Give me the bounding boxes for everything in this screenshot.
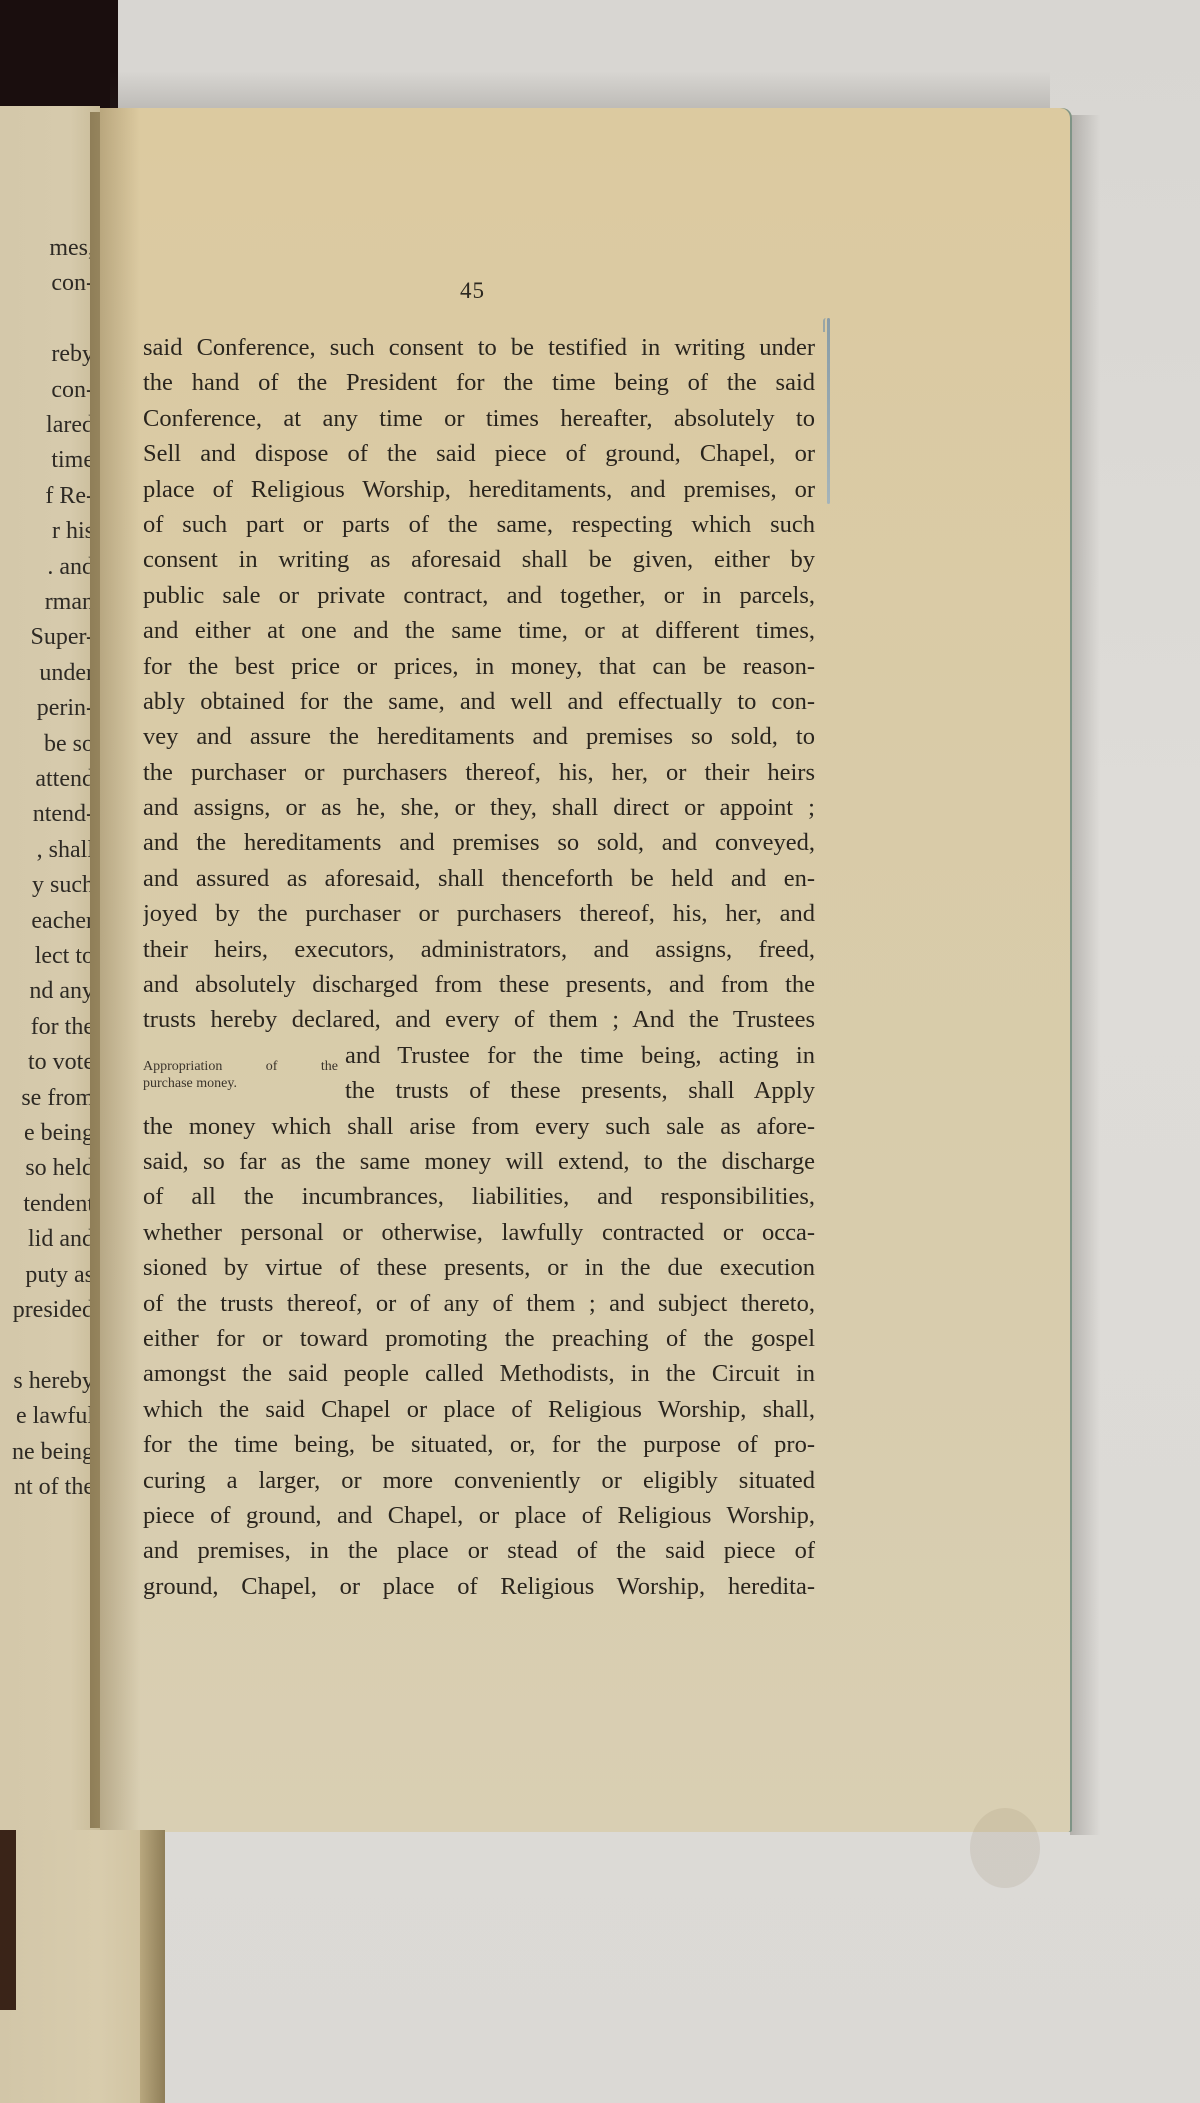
text-line: sioned by virtue of these presents, or i…: [143, 1250, 815, 1285]
text-line: Conference, at any time or times hereaft…: [143, 401, 815, 436]
left-page-text-fragment: se from: [21, 1086, 94, 1110]
left-page-text-fragment: ntend-: [33, 802, 94, 826]
cover-edge: [0, 1830, 16, 2010]
pencil-margin-mark: [827, 318, 830, 504]
text-line: which the said Chapel or place of Religi…: [143, 1392, 815, 1427]
text-line: said Conference, such consent to be test…: [143, 330, 815, 365]
left-page-text-fragment: under: [39, 661, 94, 685]
body-text: said Conference, such consent to be test…: [143, 330, 815, 1604]
paper-stain: [970, 1808, 1040, 1888]
text-line: and absolutely discharged from these pre…: [143, 967, 815, 1002]
left-page-text-fragment: be so: [44, 732, 94, 756]
text-line: the trusts of these presents, shall Appl…: [345, 1073, 815, 1108]
text-line: trusts hereby declared, and every of the…: [143, 1002, 815, 1037]
text-line: the money which shall arise from every s…: [143, 1109, 815, 1144]
page-right-shadow: [1070, 115, 1100, 1835]
text-line: for the time being, be situated, or, for…: [143, 1427, 815, 1462]
left-page-text-fragment: reby: [51, 342, 94, 366]
left-page-text-fragment: time: [51, 448, 94, 472]
left-page-fragment: mes,con-rebycon-laredtimef Re-r his. and…: [0, 106, 100, 1830]
dark-cover-corner: [0, 0, 118, 112]
page-top-shadow: [110, 70, 1050, 110]
left-page-text-fragment: e lawful: [16, 1404, 94, 1428]
text-line: piece of ground, and Chapel, or place of…: [143, 1498, 815, 1533]
left-page-text-fragment: y such: [32, 873, 94, 897]
margin-note: Appropriation of the purchase money.: [143, 1058, 338, 1092]
left-page-text-fragment: con-: [51, 378, 94, 402]
left-page-text-fragment: s hereby: [13, 1369, 94, 1393]
text-line: for the best price or prices, in money, …: [143, 649, 815, 684]
left-page-text-fragment: so held: [25, 1156, 94, 1180]
left-page-text-fragment: attend: [35, 767, 94, 791]
text-line: ably obtained for the same, and well and…: [143, 684, 815, 719]
left-page-text-fragment: perin-: [37, 696, 94, 720]
page-gutter-shade: [100, 108, 140, 1832]
text-line: and the hereditaments and premises so so…: [143, 825, 815, 860]
text-line: and premises, in the place or stead of t…: [143, 1533, 815, 1568]
text-line: place of Religious Worship, hereditament…: [143, 472, 815, 507]
left-page-text-fragment: eacher: [31, 909, 94, 933]
left-page-text-fragment: nd any: [29, 979, 94, 1003]
text-line: and Trustee for the time being, acting i…: [345, 1038, 815, 1073]
left-page-text-fragment: lared: [46, 413, 94, 437]
text-line: of all the incumbrances, liabilities, an…: [143, 1179, 815, 1214]
text-line: and either at one and the same time, or …: [143, 613, 815, 648]
text-line: amongst the said people called Methodist…: [143, 1356, 815, 1391]
bottom-left-binding: [0, 1830, 165, 2103]
left-page-text-fragment: tendent: [23, 1192, 94, 1216]
margin-note-line: purchase money.: [143, 1075, 338, 1092]
left-page-text-fragment: con-: [51, 271, 94, 295]
text-line: vey and assure the hereditaments and pre…: [143, 719, 815, 754]
text-line: the hand of the President for the time b…: [143, 365, 815, 400]
text-line: their heirs, executors, administrators, …: [143, 932, 815, 967]
left-page-text-fragment: , shall: [37, 838, 94, 862]
left-page-text-fragment: presided: [13, 1298, 94, 1322]
page-number: 45: [460, 278, 485, 304]
text-line: either for or toward promoting the preac…: [143, 1321, 815, 1356]
text-line: consent in writing as aforesaid shall be…: [143, 542, 815, 577]
text-line: of such part or parts of the same, respe…: [143, 507, 815, 542]
text-line: said, so far as the same money will exte…: [143, 1144, 815, 1179]
left-page-text-fragment: e being: [24, 1121, 94, 1145]
text-line: ground, Chapel, or place of Religious Wo…: [143, 1569, 815, 1604]
text-line: whether personal or otherwise, lawfully …: [143, 1215, 815, 1250]
left-page-text-fragment: lect to: [35, 944, 94, 968]
left-page-text-fragment: mes,: [49, 236, 94, 260]
text-line: curing a larger, or more conveniently or…: [143, 1463, 815, 1498]
text-line: of the trusts thereof, or of any of them…: [143, 1286, 815, 1321]
left-page-text-fragment: ne being: [12, 1440, 94, 1464]
binding-fold: [140, 1830, 165, 2103]
text-line: and assured as aforesaid, shall thencefo…: [143, 861, 815, 896]
left-page-text-fragment: rman: [45, 590, 94, 614]
left-page-text-fragment: nt of the: [14, 1475, 94, 1499]
left-page-text-fragment: puty as: [25, 1263, 94, 1287]
left-page-text-fragment: to vote: [28, 1050, 94, 1074]
margin-note-line: Appropriation of the: [143, 1058, 338, 1075]
text-line: Sell and dispose of the said piece of gr…: [143, 436, 815, 471]
left-page-text-fragment: for the: [31, 1015, 94, 1039]
text-line: the purchaser or purchasers thereof, his…: [143, 755, 815, 790]
left-page-text-fragment: . and: [47, 555, 94, 579]
left-page-text-fragment: f Re-: [45, 484, 94, 508]
text-line: joyed by the purchaser or purchasers the…: [143, 896, 815, 931]
left-page-text-fragment: r his: [52, 519, 94, 543]
left-page-text-fragment: Super-: [30, 625, 94, 649]
text-line: and assigns, or as he, she, or they, sha…: [143, 790, 815, 825]
text-line: public sale or private contract, and tog…: [143, 578, 815, 613]
left-page-text-fragment: lid and: [28, 1227, 94, 1251]
